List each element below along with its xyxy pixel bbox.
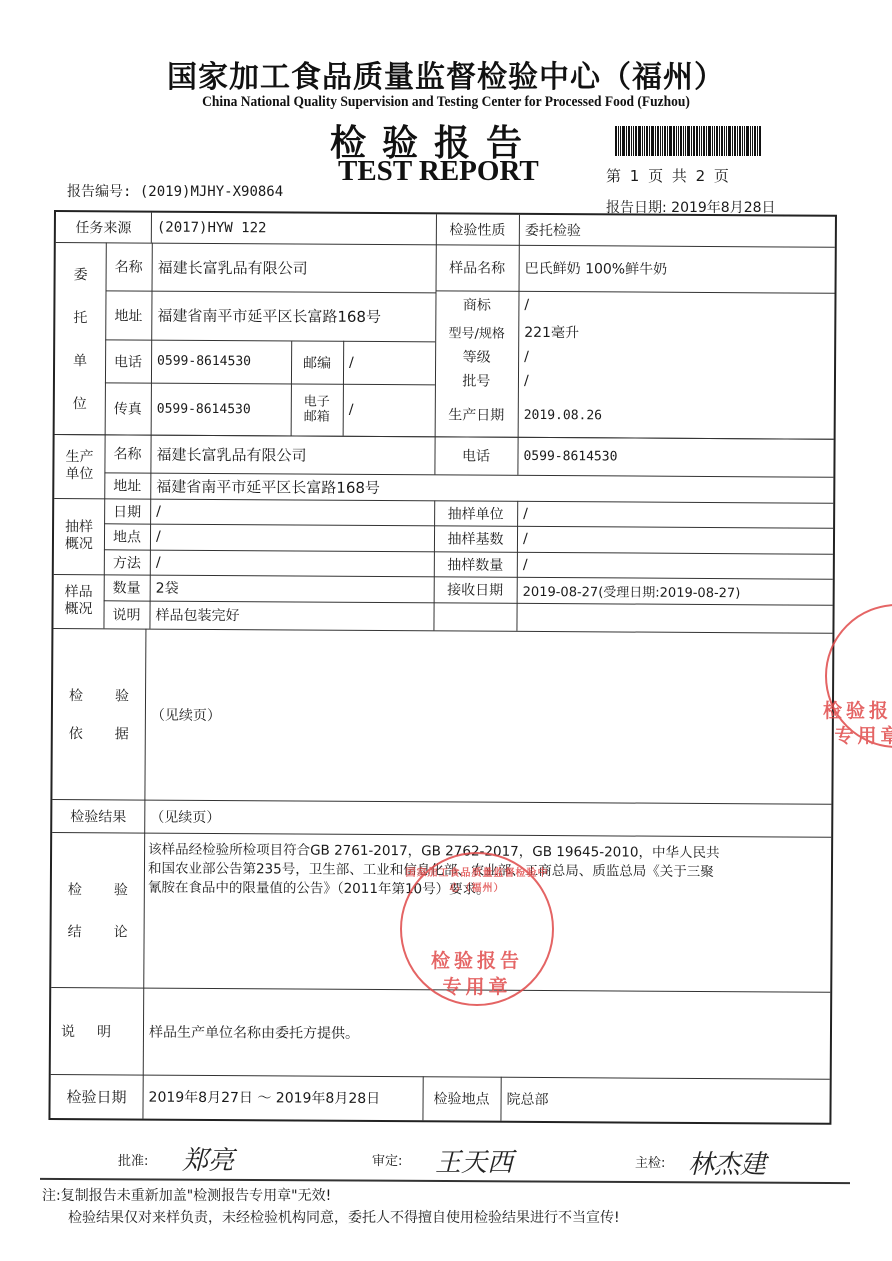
result-label: 检验结果: [52, 799, 144, 833]
client-phone-value: 0599-8614530: [151, 340, 291, 384]
client-label-char: 位: [73, 393, 87, 413]
received-date-value: 2019-08-27(受理日期:2019-08-27): [517, 577, 833, 605]
approve-label: 批准:: [118, 1150, 148, 1169]
test-place-value: 院总部: [500, 1077, 829, 1123]
client-label-char: 委: [74, 264, 88, 284]
inspection-type-label: 检验性质: [436, 214, 519, 245]
sampling-quantity-value: /: [517, 552, 833, 579]
sampling-unit-label: 抽样单位: [434, 500, 517, 526]
basis-value: （见续页）: [144, 629, 832, 804]
test-date-value: 2019年8月27日 ～ 2019年8月28日: [142, 1075, 422, 1121]
client-postcode-value: /: [343, 341, 435, 385]
client-email-value: /: [343, 384, 435, 437]
conclusion-label-char: 结: [68, 921, 82, 941]
spec-value: 221毫升: [518, 319, 834, 347]
trademark-value: /: [518, 291, 834, 321]
sampling-place-label: 地点: [104, 523, 150, 549]
sample-name-label: 样品名称: [436, 244, 519, 291]
client-name-label: 名称: [106, 242, 152, 290]
client-phone-label: 电话: [105, 339, 151, 382]
page-info: 第 1 页 共 2 页: [606, 165, 731, 186]
sample-quantity-value: 2袋: [150, 575, 434, 603]
batch-value: /: [518, 369, 834, 395]
test-place-label: 检验地点: [422, 1076, 500, 1120]
test-date-label: 检验日期: [50, 1074, 142, 1119]
remarks-label: 说明: [51, 987, 144, 1075]
report-number-label: 报告编号:: [67, 184, 131, 200]
edge-seal-icon: 检验报告 专用章: [825, 604, 892, 748]
production-date-label: 生产日期: [435, 392, 518, 437]
task-source-label: 任务来源: [56, 212, 151, 243]
conclusion-label: 检 验 结 论: [51, 832, 144, 988]
review-signature: 王天西: [435, 1142, 513, 1179]
batch-label: 批号: [435, 368, 518, 393]
sampling-unit-value: /: [517, 501, 833, 528]
grade-value: /: [518, 345, 834, 371]
sampling-place-value: /: [150, 524, 434, 552]
received-date-label: 接收日期: [434, 576, 517, 603]
client-fax-value: 0599-8614530: [151, 383, 291, 436]
producer-name-label: 名称: [104, 434, 150, 472]
spec-label: 型号/规格: [435, 318, 518, 345]
producer-address-label: 地址: [104, 472, 150, 498]
edge-seal-line-2: 专用章: [799, 721, 892, 748]
inspector-label: 主检:: [635, 1152, 665, 1171]
client-label-char: 托: [73, 307, 87, 327]
report-number: 报告编号: (2019)MJHY-X90864: [67, 181, 283, 201]
basis-label-char: 验: [115, 685, 129, 705]
client-address-value: 福建省南平市延平区长富路168号: [151, 291, 435, 342]
report-title-en: TEST REPORT: [338, 155, 539, 188]
org-name-cn: 国家加工食品质量监督检验中心（福州）: [0, 52, 892, 96]
producer-name-value: 福建长富乳品有限公司: [150, 435, 434, 475]
footer-note-1: 注:复制报告未重新加盖"检测报告专用章"无效!: [42, 1185, 331, 1205]
grade-label: 等级: [435, 344, 518, 369]
basis-label: 检 验 依 据: [52, 628, 145, 800]
review-label: 审定:: [372, 1150, 402, 1169]
result-value: （见续页）: [144, 800, 831, 837]
client-postcode-label: 邮编: [291, 340, 343, 383]
client-address-label: 地址: [105, 290, 151, 339]
barcode-icon: [615, 126, 833, 156]
client-name-value: 福建长富乳品有限公司: [152, 243, 436, 293]
official-seal-icon: 国家加工食品质量监督检验中心（福州） 检验报告 专用章: [400, 852, 554, 1006]
seal-line-2: 专用章: [402, 972, 552, 999]
report-number-value: (2019)MJHY-X90864: [140, 184, 283, 200]
sampling-date-value: /: [150, 499, 434, 526]
client-email-label: 电子邮箱: [291, 383, 343, 435]
org-name-en: China National Quality Supervision and T…: [31, 94, 861, 111]
sampling-method-label: 方法: [104, 549, 150, 574]
producer-phone-label: 电话: [434, 436, 517, 475]
sampling-date-label: 日期: [104, 498, 150, 523]
seal-line-1: 检验报告: [402, 946, 552, 973]
conclusion-label-char: 论: [114, 921, 128, 941]
trademark-label: 商标: [435, 290, 518, 319]
basis-label-char: 依: [69, 723, 83, 743]
sample-overview-group-label: 样品概况: [53, 574, 103, 628]
sampling-base-value: /: [517, 526, 833, 554]
conclusion-label-char: 检: [68, 879, 82, 899]
inspection-type-value: 委托检验: [519, 215, 835, 247]
seal-ring-text: 国家加工食品质量监督检验中心（福州）: [402, 864, 552, 894]
sampling-quantity-label: 抽样数量: [434, 551, 517, 577]
producer-group-label: 生产单位: [54, 434, 104, 498]
approve-signature: 郑亮: [182, 1140, 234, 1177]
basis-label-char: 据: [115, 723, 129, 743]
client-label-char: 单: [73, 350, 87, 370]
basis-label-char: 检: [69, 685, 83, 705]
sample-note-label: 说明: [103, 600, 149, 628]
inspector-signature: 林杰建: [688, 1144, 766, 1181]
conclusion-label-char: 验: [114, 879, 128, 899]
sample-note-value: 样品包装完好: [149, 601, 832, 633]
production-date-value: 2019.08.26: [518, 393, 834, 439]
client-group-label: 委 托 单 位: [55, 242, 106, 434]
edge-seal-line-1: 检验报告: [799, 696, 892, 723]
sampling-group-label: 抽样概况: [54, 498, 104, 574]
sample-quantity-label: 数量: [104, 574, 150, 600]
client-fax-label: 传真: [105, 382, 151, 434]
signature-row: 批准: 郑亮 审定: 王天西 主检: 林杰建: [90, 1140, 850, 1180]
sample-name-value: 巴氏鲜奶 100%鲜牛奶: [519, 245, 835, 293]
task-source-value: (2017)HYW 122: [151, 213, 436, 245]
sampling-base-label: 抽样基数: [434, 525, 517, 552]
footer-note-2: 检验结果仅对来样负责，未经检验机构同意，委托人不得擅自使用检验结果进行不当宣传!: [68, 1207, 620, 1227]
producer-phone-value: 0599-8614530: [517, 437, 833, 477]
sampling-method-value: /: [150, 550, 434, 577]
